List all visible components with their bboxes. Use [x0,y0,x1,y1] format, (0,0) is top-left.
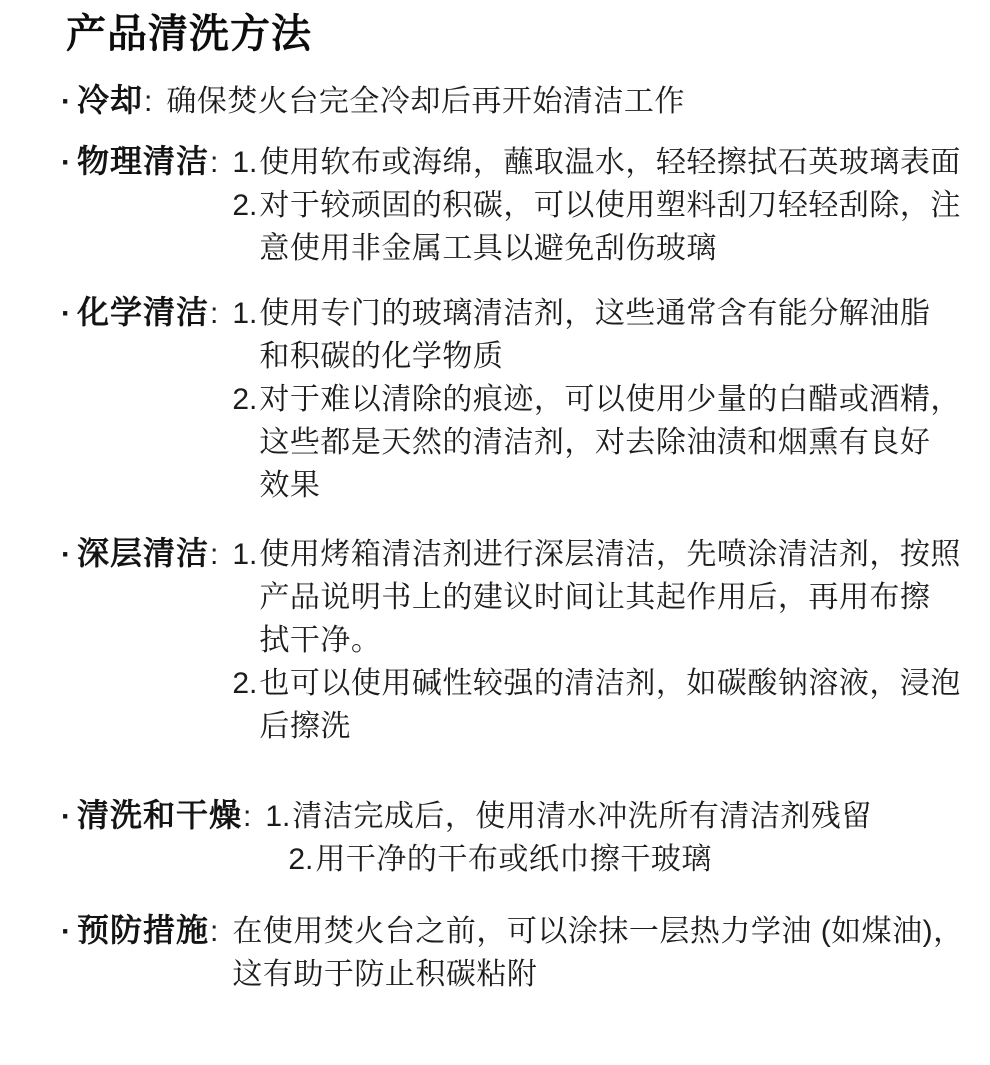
section-content: 1.使用专门的玻璃清洁剂，这些通常含有能分解油脂 和积碳的化学物质 2.对于难以… [232,292,961,507]
bullet-marker: · [61,292,77,335]
text-line: 产品说明书上的建议时间让其起作用后，再用布擦 [232,576,961,619]
section-label: 深层清洁 [77,532,209,575]
section-content: 1.使用烤箱清洁剂进行深层清洁，先喷涂清洁剂，按照 产品说明书上的建议时间让其起… [232,533,961,748]
section-label: 清洗和干燥 [77,794,242,837]
section-physical-cleaning: · 物理清洁 : 1.使用软布或海绵，蘸取温水，轻轻擦拭石英玻璃表面 2.对于较… [61,140,961,270]
text-line: 意使用非金属工具以避免刮伤玻璃 [232,227,961,270]
text-line: 2.也可以使用碱性较强的清洁剂，如碳酸钠溶液，浸泡 [232,662,961,705]
text-line: 这有助于防止积碳粘附 [232,953,963,996]
section-colon: : [210,141,218,184]
text-line: 和积碳的化学物质 [232,335,961,378]
step-number: 1. [232,533,259,576]
step: 1.使用烤箱清洁剂进行深层清洁，先喷涂清洁剂，按照 产品说明书上的建议时间让其起… [232,533,961,662]
text-line: 后擦洗 [232,705,961,748]
text-line: 2.用干净的干布或纸巾擦干玻璃 [288,838,872,881]
text-line: 1.使用烤箱清洁剂进行深层清洁，先喷涂清洁剂，按照 [232,533,961,576]
section-content: 在使用焚火台之前，可以涂抹一层热力学油 (如煤油)， 这有助于防止积碳粘附 [232,910,963,996]
section-preventive-measures: · 预防措施 : 在使用焚火台之前，可以涂抹一层热力学油 (如煤油)， 这有助于… [61,909,964,996]
step: 1.清洁完成后，使用清水冲洗所有清洁剂残留 [265,795,872,838]
step-text: 使用软布或海绵，蘸取温水，轻轻擦拭石英玻璃表面 [259,146,961,179]
text-line: 1.清洁完成后，使用清水冲洗所有清洁剂残留 [265,795,872,838]
text-line: 拭干净。 [232,619,961,662]
section-content: 1.使用软布或海绵，蘸取温水，轻轻擦拭石英玻璃表面 2.对于较顽固的积碳，可以使… [232,141,961,270]
bullet-marker: · [61,80,77,123]
bullet-marker: · [61,795,77,838]
section-cooling: · 冷却 : 确保焚火台完全冷却后再开始清洁工作 [61,79,685,123]
section-colon: : [243,795,251,838]
section-colon: : [210,533,218,576]
step-number: 1. [232,292,259,335]
text-line: 这些都是天然的清洁剂，对去除油渍和烟熏有良好 [232,421,961,464]
step-number: 2. [232,662,259,705]
step-number: 2. [232,184,259,227]
text-line: 1.使用软布或海绵，蘸取温水，轻轻擦拭石英玻璃表面 [232,141,961,184]
step-text: 用干净的干布或纸巾擦干玻璃 [315,843,712,876]
section-label: 冷却 [77,79,143,122]
step-text: 对于难以清除的痕迹，可以使用少量的白醋或酒精， [259,383,961,416]
step-number: 1. [265,795,292,838]
step-number: 1. [232,141,259,184]
text-line: 在使用焚火台之前，可以涂抹一层热力学油 (如煤油)， [232,910,963,953]
step: 在使用焚火台之前，可以涂抹一层热力学油 (如煤油)， 这有助于防止积碳粘附 [232,910,963,996]
step-text: 也可以使用碱性较强的清洁剂，如碳酸钠溶液，浸泡 [259,667,961,700]
step-text: 使用烤箱清洁剂进行深层清洁，先喷涂清洁剂，按照 [259,538,961,571]
text-line: 确保焚火台完全冷却后再开始清洁工作 [166,80,685,123]
section-label: 化学清洁 [77,291,209,334]
bullet-marker: · [61,533,77,576]
section-colon: : [210,292,218,335]
bullet-marker: · [61,910,77,953]
step: 2.也可以使用碱性较强的清洁剂，如碳酸钠溶液，浸泡 后擦洗 [232,662,961,748]
step: 2.对于较顽固的积碳，可以使用塑料刮刀轻轻刮除，注 意使用非金属工具以避免刮伤玻… [232,184,961,270]
section-label: 物理清洁 [77,140,209,183]
section-chemical-cleaning: · 化学清洁 : 1.使用专门的玻璃清洁剂，这些通常含有能分解油脂 和积碳的化学… [61,291,961,507]
text-line: 2.对于较顽固的积碳，可以使用塑料刮刀轻轻刮除，注 [232,184,961,227]
bullet-marker: · [61,141,77,184]
text-line: 效果 [232,464,961,507]
section-label: 预防措施 [77,909,209,952]
step: 1.使用软布或海绵，蘸取温水，轻轻擦拭石英玻璃表面 [232,141,961,184]
section-colon: : [144,80,152,123]
text-line: 2.对于难以清除的痕迹，可以使用少量的白醋或酒精， [232,378,961,421]
page-title: 产品清洗方法 [66,10,312,58]
section-colon: : [210,910,218,953]
step-text: 对于较顽固的积碳，可以使用塑料刮刀轻轻刮除，注 [259,189,961,222]
step: 2.用干净的干布或纸巾擦干玻璃 [265,838,872,881]
step-number: 2. [232,378,259,421]
step: 1.使用专门的玻璃清洁剂，这些通常含有能分解油脂 和积碳的化学物质 [232,292,961,378]
step: 确保焚火台完全冷却后再开始清洁工作 [166,80,685,123]
step-text: 使用专门的玻璃清洁剂，这些通常含有能分解油脂 [259,297,930,330]
step: 2.对于难以清除的痕迹，可以使用少量的白醋或酒精， 这些都是天然的清洁剂，对去除… [232,378,961,507]
step-number: 2. [288,838,315,881]
section-wash-and-dry: · 清洗和干燥 : 1.清洁完成后，使用清水冲洗所有清洁剂残留 2.用干净的干布… [61,794,872,881]
section-content: 确保焚火台完全冷却后再开始清洁工作 [166,80,685,123]
section-deep-cleaning: · 深层清洁 : 1.使用烤箱清洁剂进行深层清洁，先喷涂清洁剂，按照 产品说明书… [61,532,961,748]
document-page: 产品清洗方法 · 冷却 : 确保焚火台完全冷却后再开始清洁工作 · 物理清洁 :… [0,0,990,1065]
step-text: 清洁完成后，使用清水冲洗所有清洁剂残留 [292,800,872,833]
text-line: 1.使用专门的玻璃清洁剂，这些通常含有能分解油脂 [232,292,961,335]
section-content: 1.清洁完成后，使用清水冲洗所有清洁剂残留 2.用干净的干布或纸巾擦干玻璃 [265,795,872,881]
